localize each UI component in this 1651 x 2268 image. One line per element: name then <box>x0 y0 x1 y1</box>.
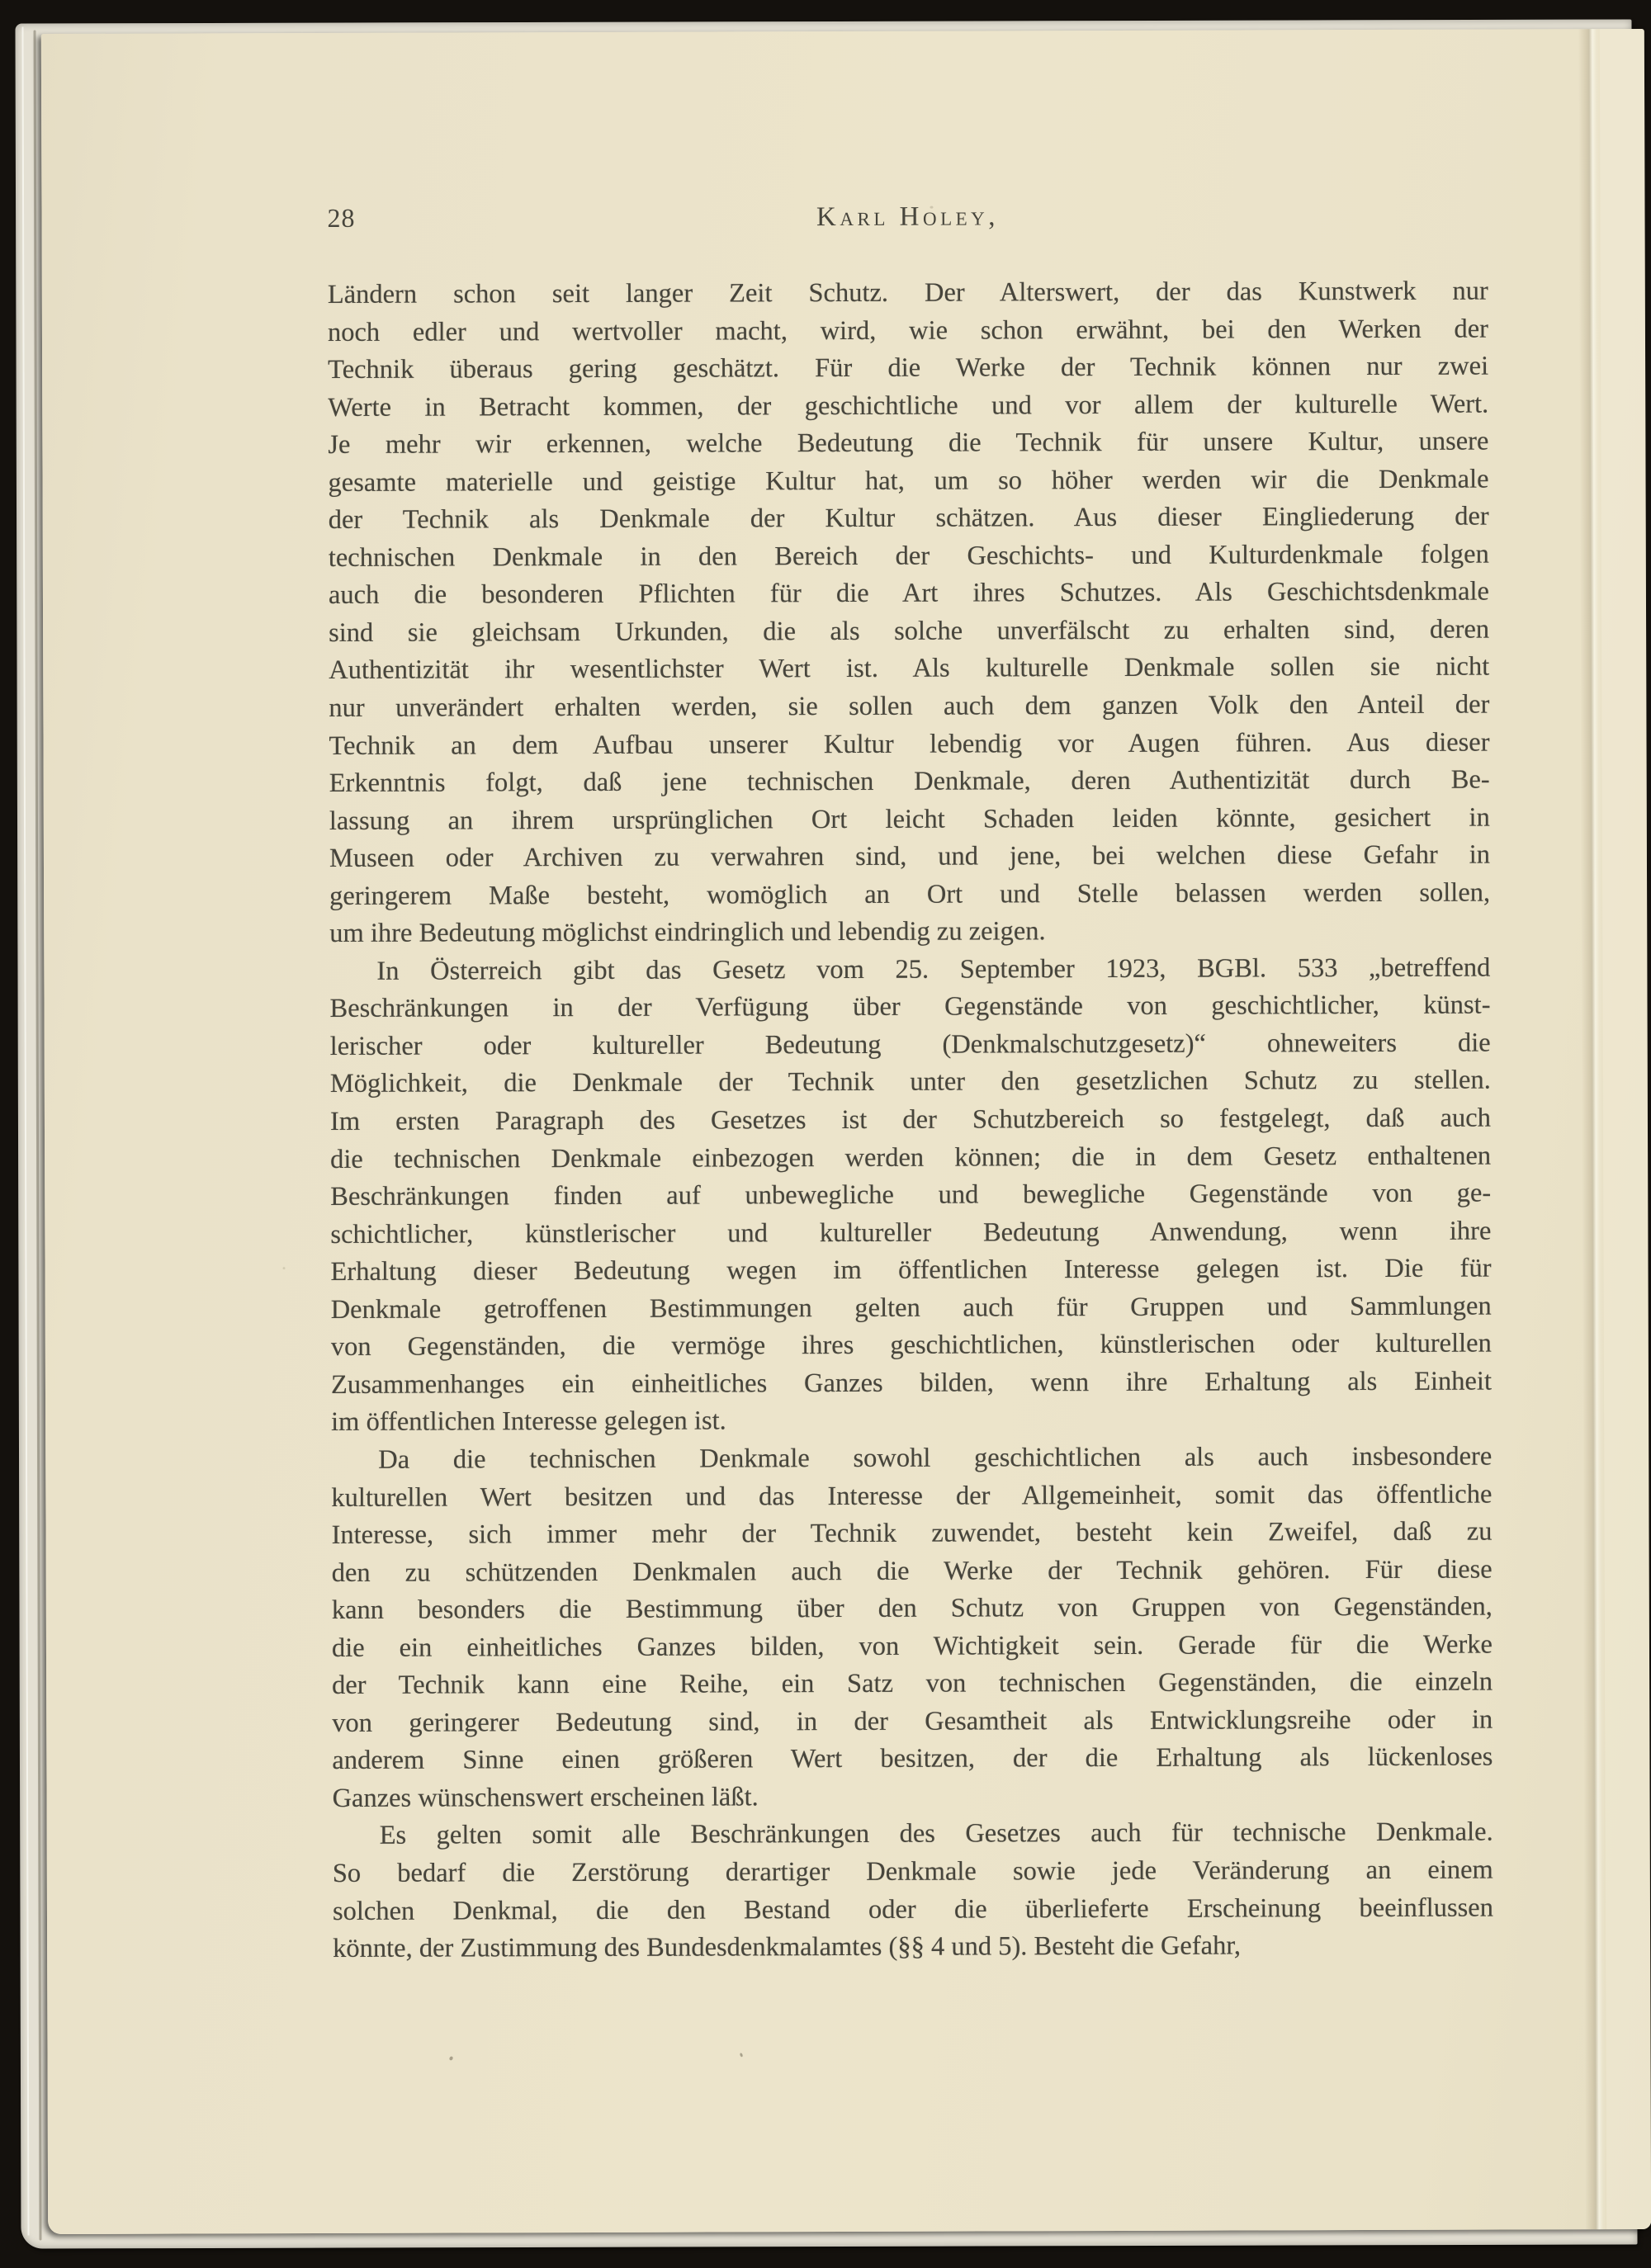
book-page: 28 Karl Holey, Ländern schon seit langer… <box>41 29 1651 2234</box>
text-line: Museen oder Archiven zu verwahren sind, … <box>329 837 1490 878</box>
text-line: schichtlicher, künstlerischer und kultur… <box>330 1212 1491 1254</box>
text-line: Erhaltung dieser Bedeutung wegen im öffe… <box>330 1250 1491 1292</box>
paragraph: Da die technischen Denkmale sowohl gesch… <box>331 1438 1493 1817</box>
text-line: kann besonders die Bestimmung über den S… <box>332 1589 1493 1630</box>
text-line: Denkmale getroffenen Bestimmungen gelten… <box>331 1288 1492 1329</box>
text-line: noch edler und wertvoller macht, wird, w… <box>328 310 1488 352</box>
text-line: Erkenntnis folgt, daß jene technischen D… <box>329 762 1490 803</box>
text-line: die ein einheitliches Ganzes bilden, von… <box>332 1626 1493 1667</box>
text-line: auch die besonderen Pflichten für die Ar… <box>329 574 1489 615</box>
text-line: In Österreich gibt das Gesetz vom 25. Se… <box>329 949 1490 990</box>
text-line: So bedarf die Zerstörung derartiger Denk… <box>333 1852 1493 1893</box>
text-line: Möglichkeit, die Denkmale der Technik un… <box>330 1062 1491 1103</box>
dust-speck <box>740 2053 744 2058</box>
text-line: gesamte materielle und geistige Kultur h… <box>328 461 1488 502</box>
text-line: Technik überaus gering geschätzt. Für di… <box>328 348 1488 390</box>
paragraph: Es gelten somit alle Beschränkungen des … <box>333 1814 1494 1968</box>
text-line: Beschränkungen in der Verfügung über Geg… <box>329 987 1490 1028</box>
text-line: lerischer oder kultureller Bedeutung (De… <box>330 1024 1491 1065</box>
page-edge-groove <box>33 31 41 2241</box>
text-line: nur unverändert erhalten werden, sie sol… <box>329 687 1489 728</box>
text-line: lassung an ihrem ursprünglichen Ort leic… <box>329 799 1490 840</box>
text-line: technischen Denkmale in den Bereich der … <box>329 536 1489 577</box>
text-line: Da die technischen Denkmale sowohl gesch… <box>331 1438 1492 1479</box>
paragraph: Ländern schon seit langer Zeit Schutz. D… <box>328 273 1491 953</box>
scanned-book-photo: 28 Karl Holey, Ländern schon seit langer… <box>0 0 1651 2268</box>
text-line: anderem Sinne einen größeren Wert besitz… <box>332 1739 1493 1780</box>
text-line: geringerem Maße besteht, womöglich an Or… <box>329 874 1490 915</box>
gutter-right-shading <box>1600 29 1651 2229</box>
header-spacer <box>1356 224 1488 224</box>
text-line: die technischen Denkmale einbezogen werd… <box>330 1137 1491 1179</box>
text-line: der Technik kann eine Reihe, ein Satz vo… <box>332 1664 1493 1705</box>
page-edge-highlight <box>21 27 29 2236</box>
text-line: der Technik als Denkmale der Kultur schä… <box>329 498 1489 540</box>
text-line: solchen Denkmal, die den Bestand oder di… <box>333 1889 1493 1930</box>
text-line: im öffentlichen Interesse gelegen ist. <box>331 1401 1492 1442</box>
text-line: Werte in Betracht kommen, der geschichtl… <box>328 385 1488 427</box>
text-line: Technik an dem Aufbau unserer Kultur leb… <box>329 724 1489 765</box>
dust-speck <box>283 1267 286 1269</box>
text-line: kulturellen Wert besitzen und das Intere… <box>331 1476 1492 1517</box>
text-line: Ganzes wünschenswert erscheinen läßt. <box>332 1776 1493 1817</box>
text-line: sind sie gleichsam Urkunden, die als sol… <box>329 611 1489 652</box>
text-line: Es gelten somit alle Beschränkungen des … <box>333 1814 1493 1855</box>
page-header: 28 Karl Holey, <box>327 200 1488 234</box>
text-line: Im ersten Paragraph des Gesetzes ist der… <box>330 1100 1491 1141</box>
running-header: Karl Holey, <box>459 201 1355 234</box>
text-line: Beschränkungen finden auf unbewegliche u… <box>330 1175 1491 1217</box>
paragraph: In Österreich gibt das Gesetz vom 25. Se… <box>329 949 1492 1442</box>
text-line: von Gegenständen, die vermöge ihres gesc… <box>331 1325 1492 1367</box>
text-line: von geringerer Bedeutung sind, in der Ge… <box>332 1701 1493 1742</box>
page-number: 28 <box>327 202 459 234</box>
text-block: Ländern schon seit langer Zeit Schutz. D… <box>328 273 1493 1968</box>
dust-speck <box>449 2056 454 2061</box>
text-line: den zu schützenden Denkmalen auch die We… <box>332 1551 1493 1592</box>
text-line: um ihre Bedeutung möglichst eindringlich… <box>329 912 1490 953</box>
text-line: Interesse, sich immer mehr der Technik z… <box>331 1514 1492 1555</box>
text-line: Authentizität ihr wesentlichster Wert is… <box>329 649 1489 690</box>
text-line: Zusammenhanges ein einheitliches Ganzes … <box>331 1363 1492 1404</box>
dust-speck <box>930 206 933 209</box>
text-line: Je mehr wir erkennen, welche Bedeutung d… <box>328 423 1488 465</box>
text-line: Ländern schon seit langer Zeit Schutz. D… <box>328 273 1488 314</box>
text-line: könnte, der Zustimmung des Bundesdenkmal… <box>333 1927 1493 1968</box>
